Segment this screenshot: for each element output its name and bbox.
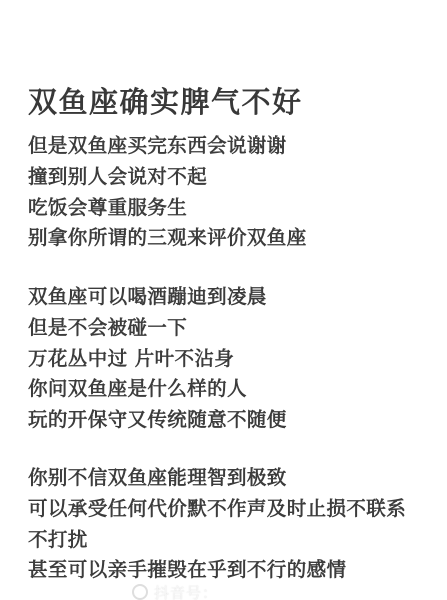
text-line: 玩的开保守又传统随意不随便 [28, 405, 287, 436]
text-line: 撞到别人会说对不起 [28, 162, 307, 193]
text-line: 你问双鱼座是什么样的人 [28, 374, 287, 405]
paragraph-1: 但是双鱼座买完东西会说谢谢 撞到别人会说对不起 吃饭会尊重服务生 别拿你所谓的三… [28, 131, 307, 254]
text-line: 但是双鱼座买完东西会说谢谢 [28, 131, 307, 162]
paragraph-3: 你别不信双鱼座能理智到极致 可以承受任何代价默不作声及时止损不联系 不打扰 甚至… [28, 463, 406, 586]
text-line: 万花丛中过 片叶不沾身 [28, 344, 287, 375]
text-line: 但是不会被碰一下 [28, 313, 287, 344]
text-line: 可以承受任何代价默不作声及时止损不联系 [28, 494, 406, 525]
paragraph-2: 双鱼座可以喝酒蹦迪到凌晨 但是不会被碰一下 万花丛中过 片叶不沾身 你问双鱼座是… [28, 282, 287, 436]
text-line: 双鱼座可以喝酒蹦迪到凌晨 [28, 282, 287, 313]
text-line: 你别不信双鱼座能理智到极致 [28, 463, 406, 494]
text-line: 吃饭会尊重服务生 [28, 193, 307, 224]
watermark: 抖音号： [132, 582, 218, 600]
text-line: 不打扰 [28, 525, 406, 556]
text-line: 别拿你所谓的三观来评价双鱼座 [28, 223, 307, 254]
page-title: 双鱼座确实脾气不好 [28, 84, 303, 120]
watermark-text: 抖音号： [154, 584, 218, 600]
douyin-logo-icon [132, 584, 148, 600]
